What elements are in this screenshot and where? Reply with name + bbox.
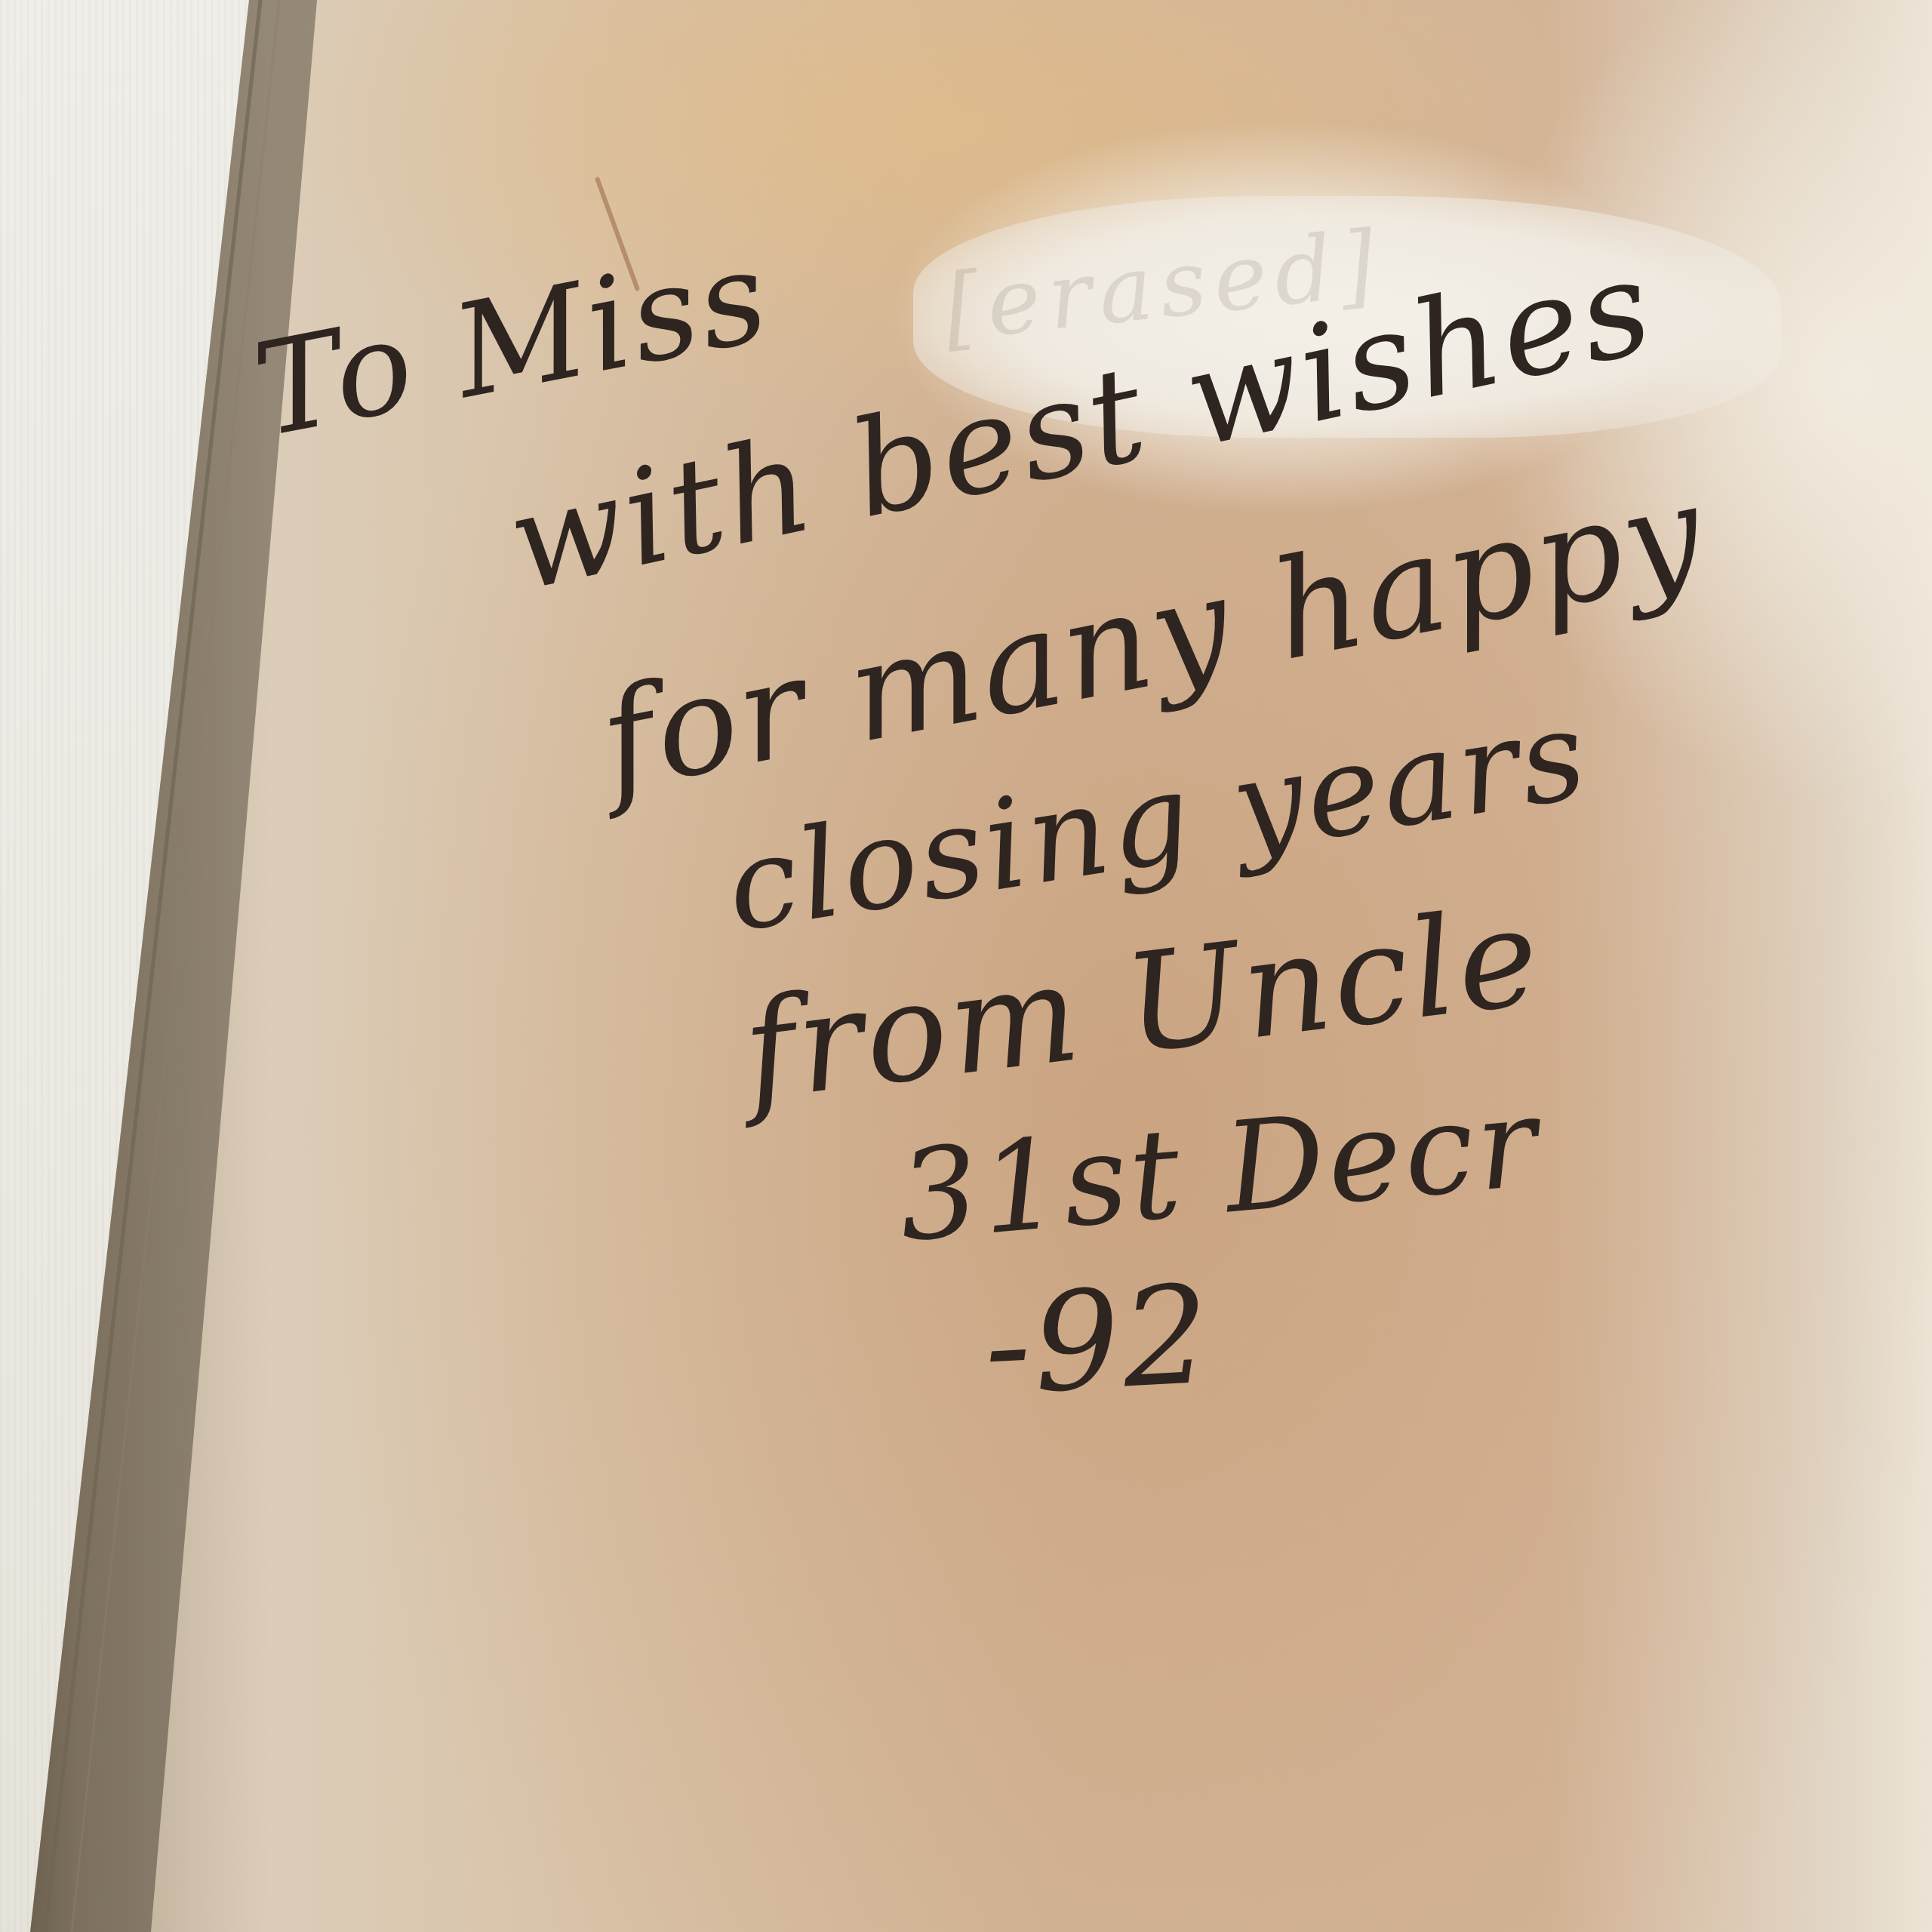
inscription: [erased] To Miss with best wishes for ma… [0,0,1932,1932]
inscription-year: -92 [980,1256,1216,1426]
